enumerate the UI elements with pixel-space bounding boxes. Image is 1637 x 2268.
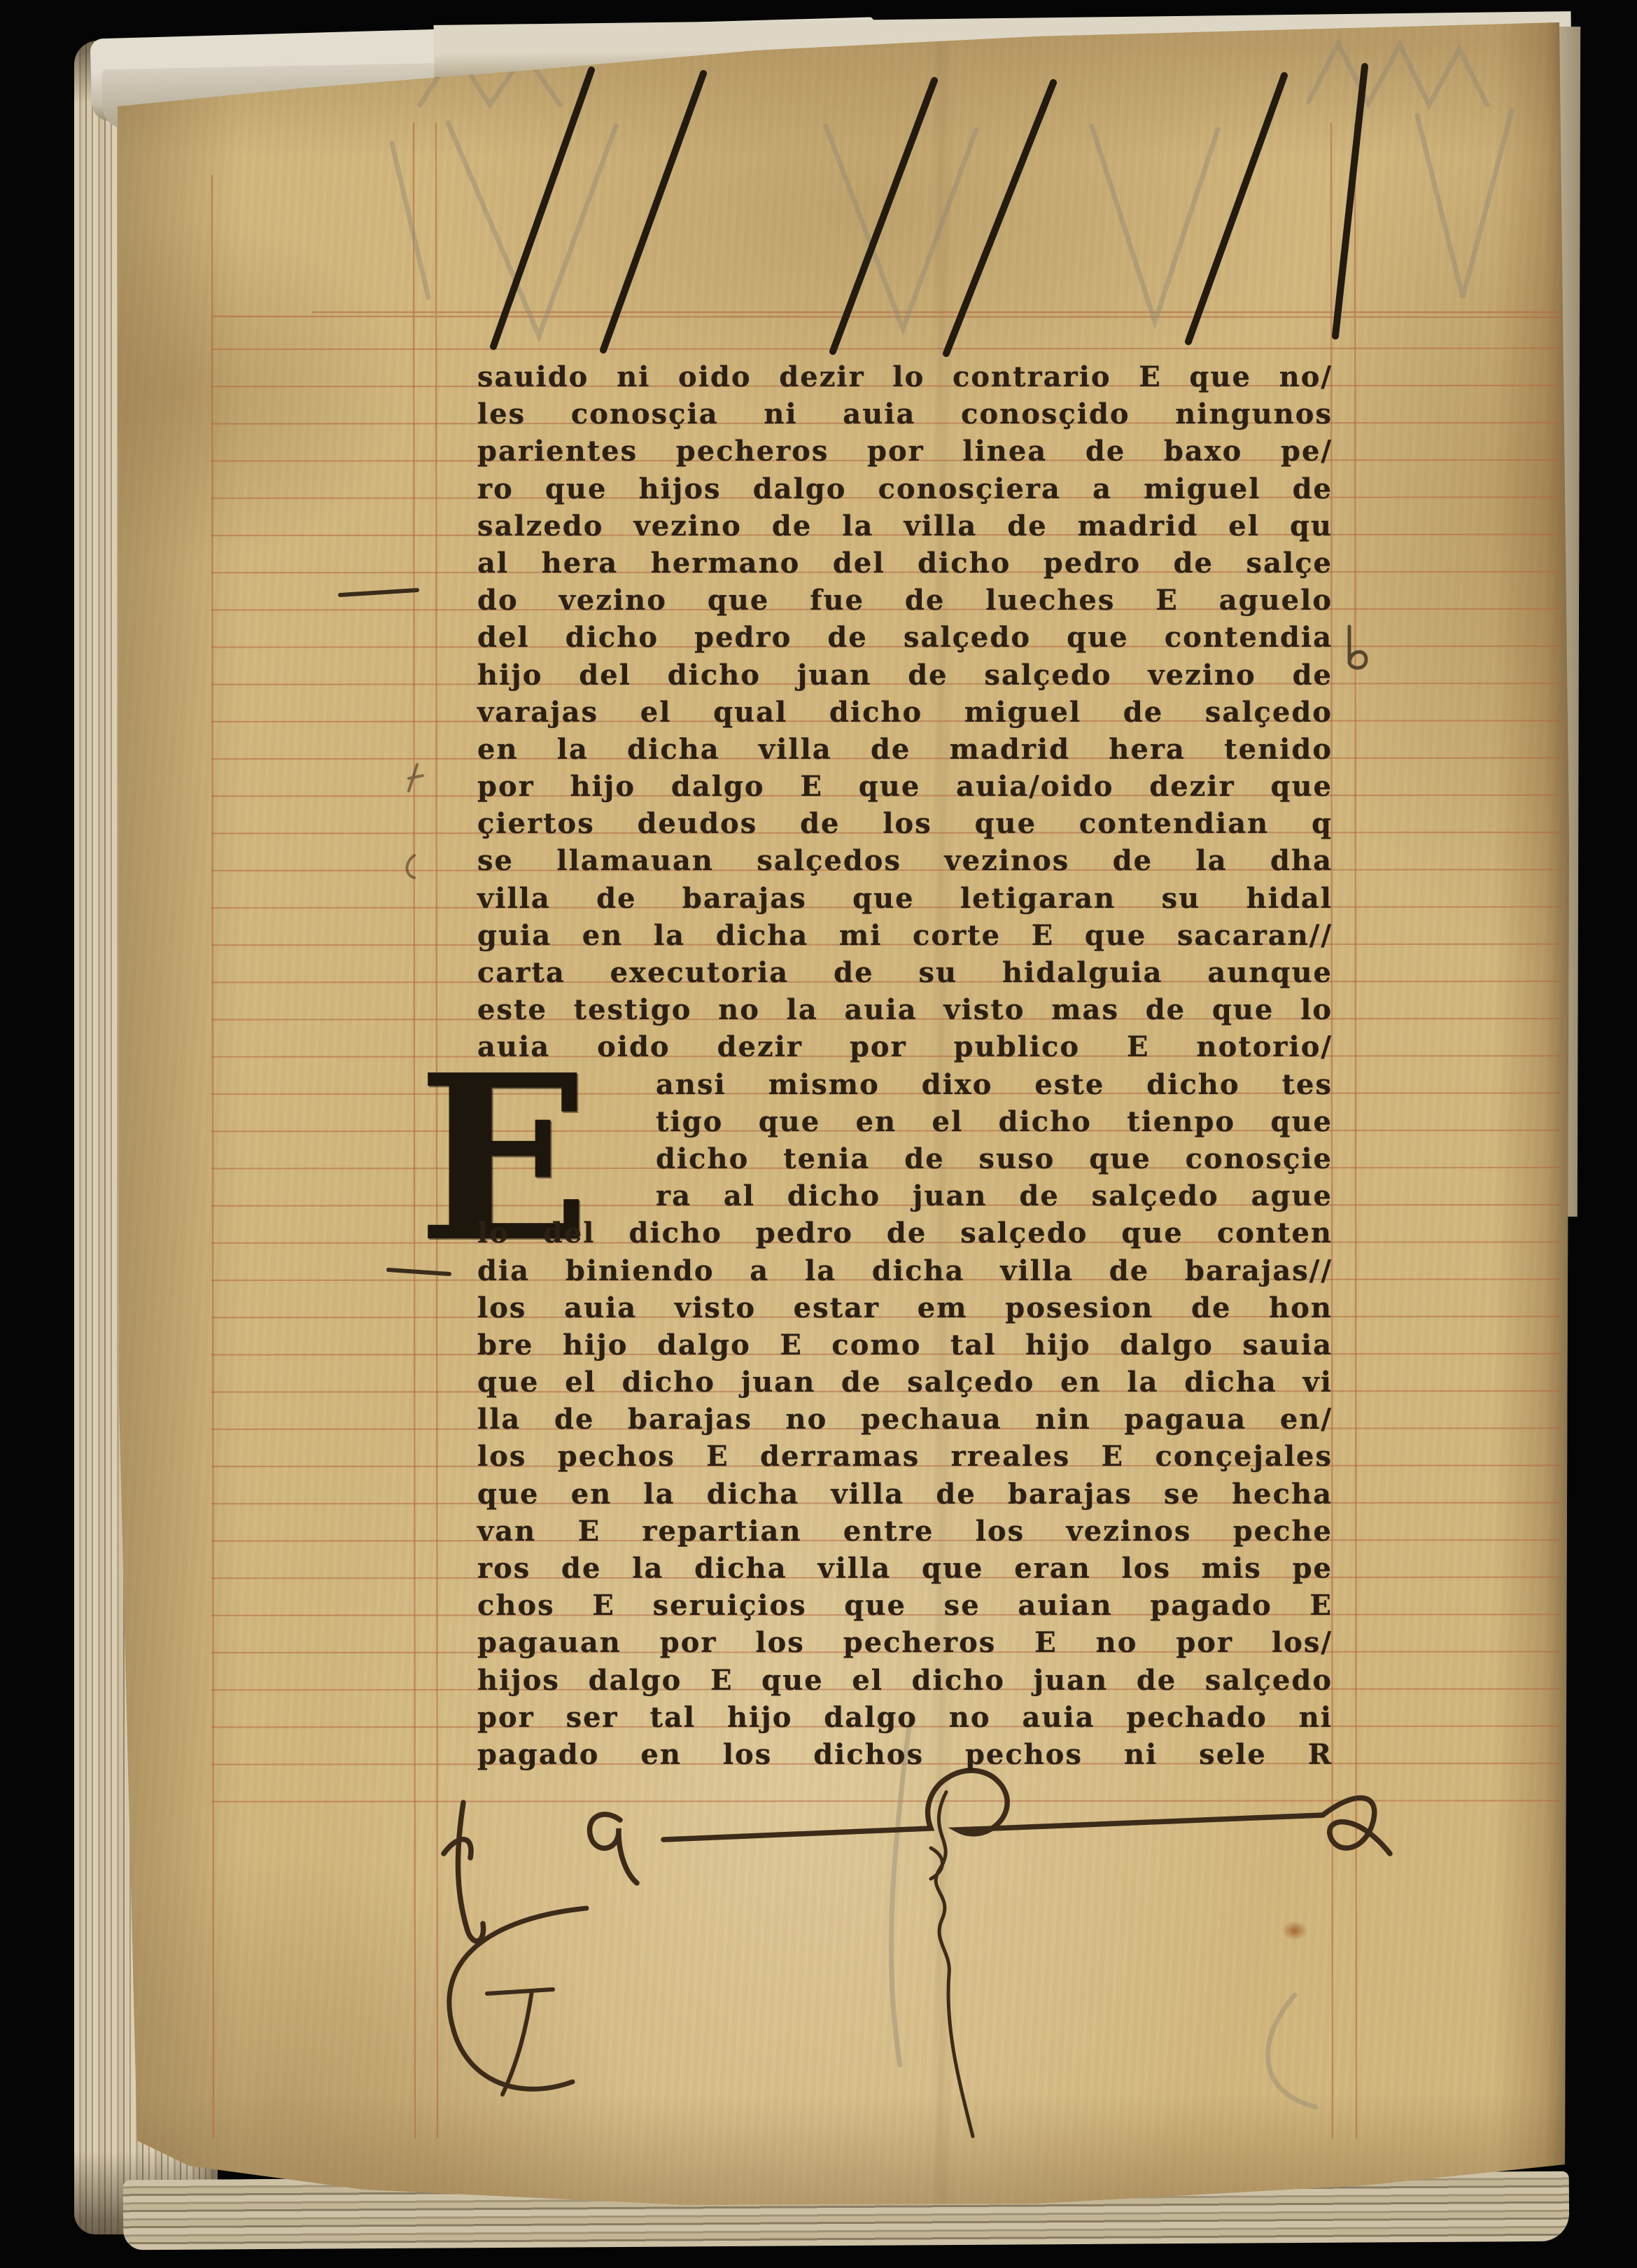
- manuscript-text: sauido ni oido dezir lo contrario E que …: [477, 358, 1333, 1773]
- manuscript-line: al hera hermano del dicho pedro de salçe: [477, 545, 1333, 582]
- manuscript-line: tigo que en el dicho tienpo que: [477, 1103, 1333, 1140]
- manuscript-line: los pechos E derramas rreales E conçejal…: [477, 1438, 1333, 1475]
- manuscript-line: carta executoria de su hidalguia aunque: [477, 954, 1333, 991]
- manuscript-line: que en la dicha villa de barajas se hech…: [477, 1476, 1333, 1513]
- manuscript-line: çiertos deudos de los que contendian q: [477, 805, 1333, 842]
- pen-trial-9: [590, 1814, 637, 1883]
- manuscript-line: ra al dicho juan de salçedo ague: [477, 1177, 1333, 1214]
- manuscript-line: pagado en los dichos pechos ni sele R: [477, 1736, 1333, 1773]
- manuscript-line: en la dicha villa de madrid hera tenido: [477, 731, 1333, 768]
- manuscript-line: este testigo no la auia visto mas de que…: [477, 991, 1333, 1028]
- left-margin-dash: [340, 590, 417, 595]
- manuscript-line: ro que hijos dalgo conosçiera a miguel d…: [477, 470, 1333, 507]
- manuscript-line: sauido ni oido dezir lo contrario E que …: [477, 358, 1333, 395]
- parchment-page: E sauido ni oido dezir lo contrario E qu…: [0, 0, 1637, 2268]
- manuscript-line: del dicho pedro de salçedo que contendia: [477, 619, 1333, 656]
- manuscript-line: chos E seruiçios que se auian pagado E: [477, 1587, 1333, 1624]
- manuscript-line: varajas el qual dicho miguel de salçedo: [477, 694, 1333, 731]
- manuscript-line: pagauan por los pecheros E no por los/: [477, 1624, 1333, 1661]
- manuscript-line: bre hijo dalgo E como tal hijo dalgo sau…: [477, 1326, 1333, 1364]
- manuscript-line: ansi mismo dixo este dicho tes: [477, 1066, 1333, 1103]
- manuscript-line: los auia visto estar em posesion de hon: [477, 1289, 1333, 1326]
- manuscript-line: villa de barajas que letigaran su hidal: [477, 880, 1333, 917]
- manuscript-line: hijos dalgo E que el dicho juan de salçe…: [477, 1662, 1333, 1699]
- line-filler-flourish: [444, 1770, 1390, 2136]
- manuscript-line: que el dicho juan de salçedo en la dicha…: [477, 1364, 1333, 1401]
- manuscript-line: dia biniendo a la dicha villa de barajas…: [477, 1252, 1333, 1289]
- manuscript-line: por ser tal hijo dalgo no auia pechado n…: [477, 1699, 1333, 1736]
- manuscript-line: parientes pecheros por linea de baxo pe/: [477, 433, 1333, 470]
- manuscript-line: van E repartian entre los vezinos peche: [477, 1513, 1333, 1550]
- pen-trial-p: [444, 1802, 484, 1941]
- manuscript-line: por hijo dalgo E que auia/oido dezir que: [477, 768, 1333, 805]
- manuscript-line: hijo del dicho juan de salçedo vezino de: [477, 657, 1333, 694]
- manuscript-line: lo del dicho pedro de salçedo que conten: [477, 1214, 1333, 1252]
- manuscript-line: ros de la dicha villa que eran los mis p…: [477, 1550, 1333, 1587]
- manuscript-line: salzedo vezino de la villa de madrid el …: [477, 507, 1333, 545]
- right-margin-b-mark: [1349, 626, 1366, 668]
- manuscript-line: guia en la dicha mi corte E que sacaran/…: [477, 917, 1333, 954]
- manuscript-photo: E sauido ni oido dezir lo contrario E qu…: [0, 0, 1637, 2268]
- cancellation-slashes: [493, 66, 1365, 353]
- manuscript-line: lla de barajas no pechaua nin pagaua en/: [477, 1401, 1333, 1438]
- manuscript-line: auia oido dezir por publico E notorio/: [477, 1028, 1333, 1065]
- manuscript-line: dicho tenia de suso que conosçie: [477, 1140, 1333, 1177]
- manuscript-line: les conosçia ni auia conosçido ningunos: [477, 395, 1333, 433]
- manuscript-line: se llamauan salçedos vezinos de la dha: [477, 842, 1333, 879]
- manuscript-line: do vezino que fue de lueches E aguelo: [477, 582, 1333, 619]
